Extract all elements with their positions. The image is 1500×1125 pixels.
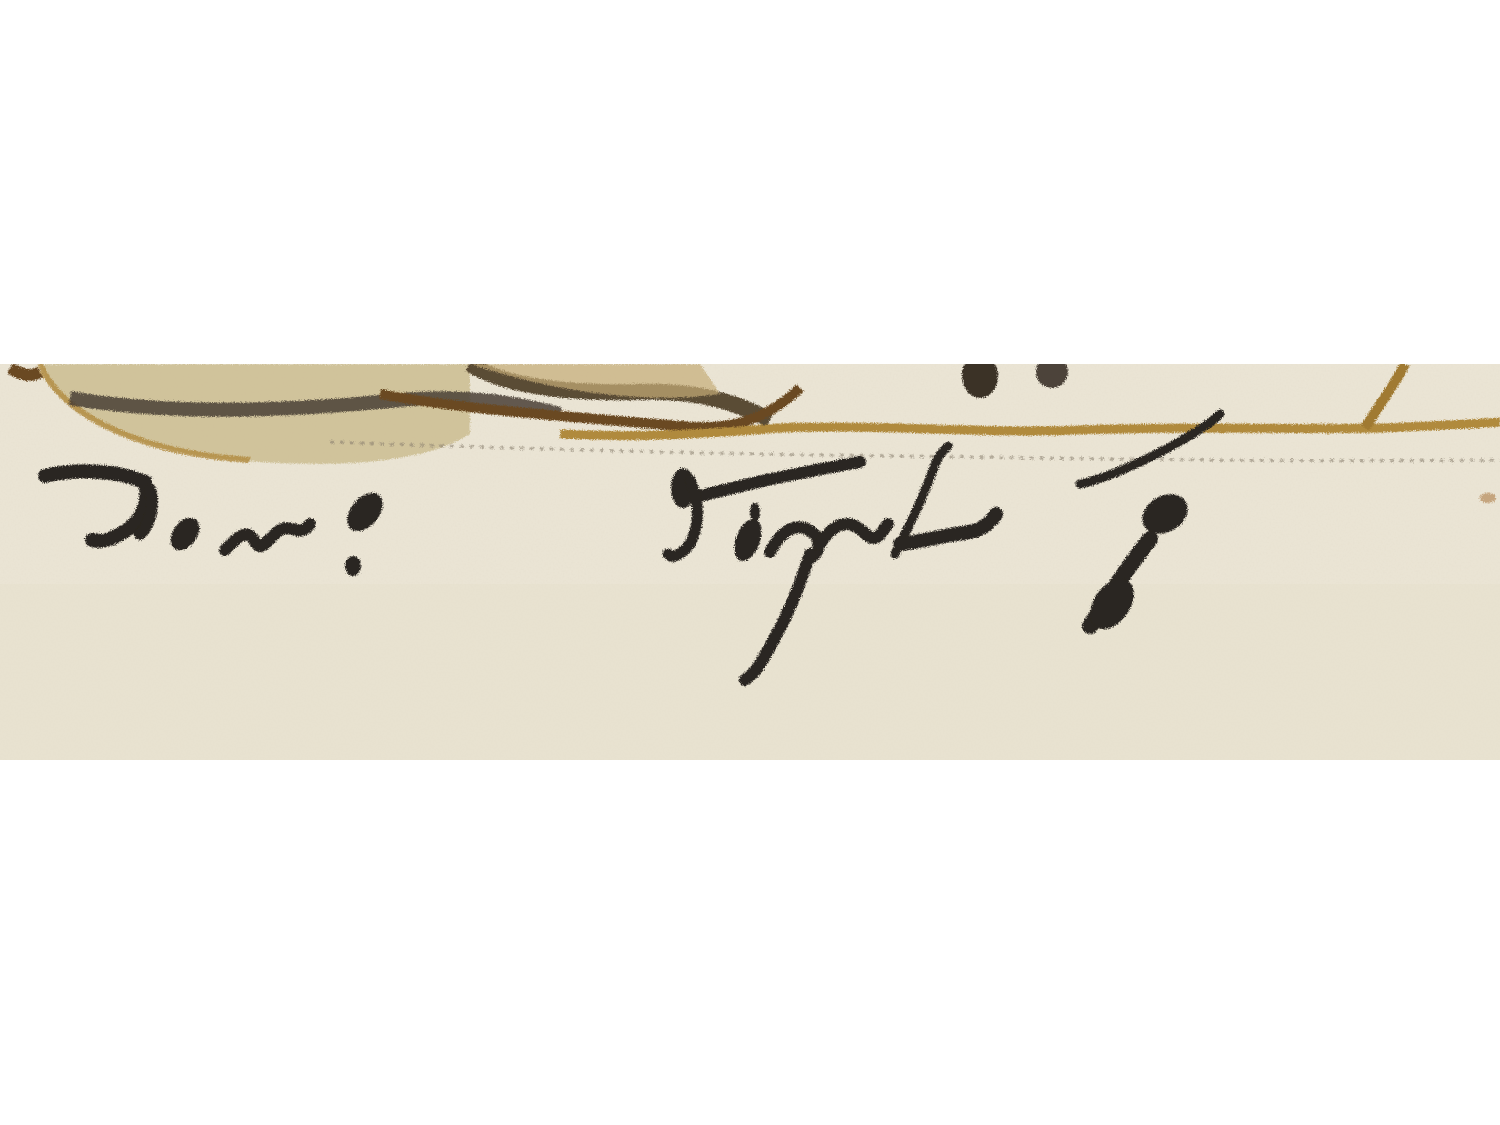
ink-drawing: [0, 364, 1500, 760]
signature-photo: Domo. Tiepolo f.: [0, 364, 1500, 760]
